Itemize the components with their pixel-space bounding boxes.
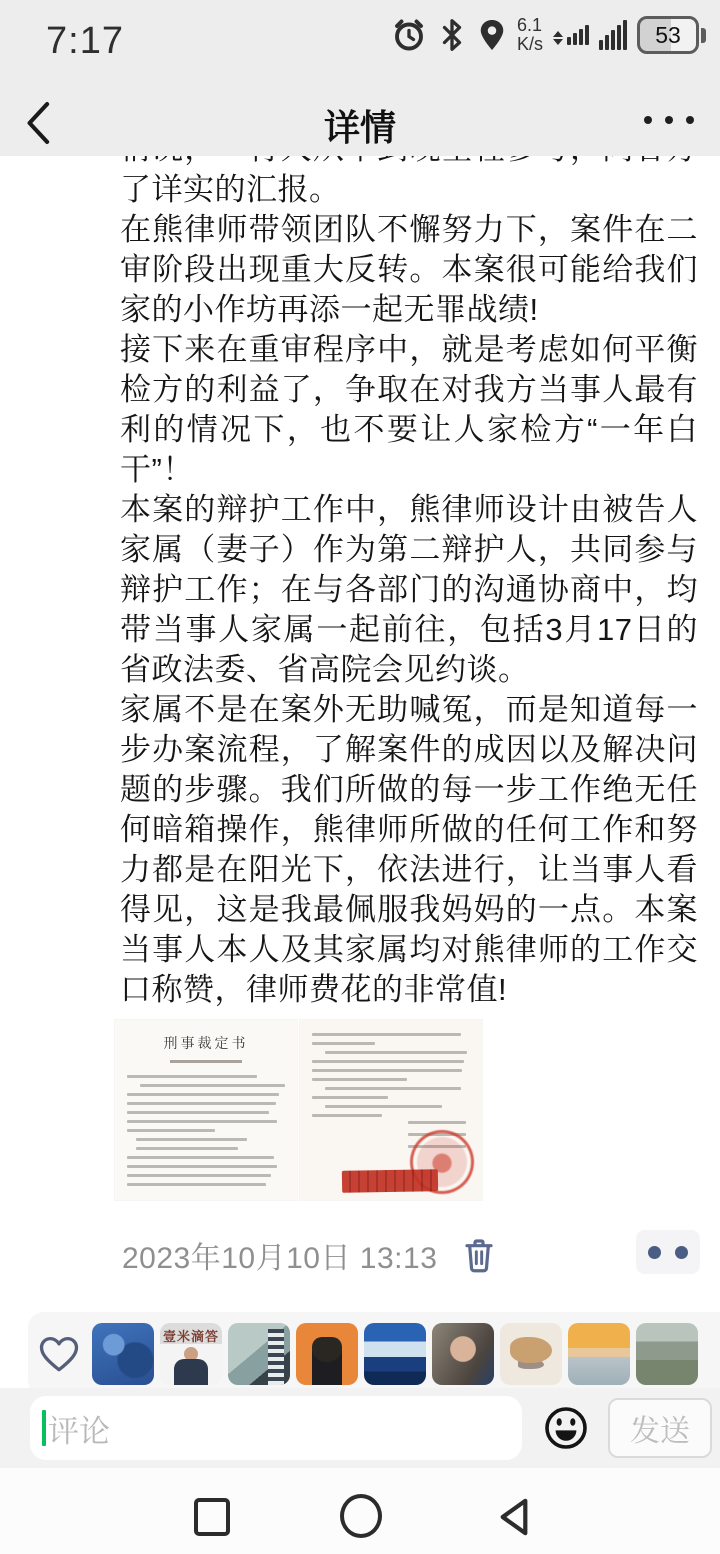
rect-red-stamp [342,1169,438,1193]
recents-button[interactable] [194,1498,230,1536]
text-caret [42,1410,46,1446]
liker-avatars: 壹米滴答 [92,1323,698,1385]
avatar[interactable] [228,1323,290,1385]
comment-input[interactable]: 评论 [30,1396,522,1460]
battery-icon: 53 [637,16,699,54]
signal-bars-icon-sim2 [599,20,627,50]
emoji-button[interactable] [542,1404,590,1452]
comment-bar: 评论 发送 [0,1388,720,1468]
nav-bar: 详情 [0,88,720,156]
avatar[interactable] [364,1323,426,1385]
wechat-moments-detail-screen: { "status_bar": { "time": "7:17", "netwo… [0,0,720,1554]
page-title: 详情 [0,100,720,151]
avatar[interactable] [432,1323,494,1385]
back-nav-button[interactable] [494,1496,534,1538]
document-image-ruling-page2[interactable] [300,1020,482,1200]
post-paragraph: 了详实的汇报。 [120,170,698,210]
avatar-logo-text: 壹米滴答 [160,1326,222,1345]
post-paragraph: 接下来在重审程序中，就是考虑如何平衡检方的利益了，争取在对我方当事人最有利的情况… [120,330,698,490]
post-detail-content: 情况，一行人从早到晚全程参与，向各方作出 了详实的汇报。 在熊律师带领团队不懈努… [0,156,720,1396]
delete-button[interactable] [463,1237,495,1273]
signal-bars-icon-sim1 [553,25,589,45]
avatar[interactable]: 壹米滴答 [160,1323,222,1385]
comment-placeholder: 评论 [48,1406,110,1451]
post-date: 2023年10月10日 13:13 [122,1233,437,1277]
like-comment-button[interactable] [636,1230,700,1274]
post-paragraph: 本案的辩护工作中，熊律师设计由被告人家属（妻子）作为第二辩护人，共同参与辩护工作… [120,490,698,690]
alarm-icon [391,17,427,53]
attachment-images: 刑事裁定书 [115,1020,720,1200]
avatar[interactable] [92,1323,154,1385]
home-button[interactable] [340,1494,382,1538]
heart-outline-icon [38,1334,80,1374]
smiley-icon [542,1404,590,1452]
location-icon [477,17,507,53]
more-options-button[interactable] [644,116,694,124]
document-image-ruling-page1[interactable]: 刑事裁定书 [115,1020,297,1200]
android-nav-bar [0,1468,720,1554]
send-button[interactable]: 发送 [608,1398,712,1458]
avatar[interactable] [500,1323,562,1385]
post-paragraph: 家属不是在案外无助喊冤，而是知道每一步办案流程，了解案件的成因以及解决问题的步骤… [120,690,698,1010]
clipped-text-line: 情况，一行人从早到晚全程参与，向各方作出 [120,156,698,170]
case-number-line [170,1060,242,1063]
likes-panel: 壹米滴答 [28,1312,720,1396]
status-bar: 7:17 6.1 K/s 53 [0,0,720,88]
document-title: 刑事裁定书 [127,1033,285,1053]
post-meta-row: 2023年10月10日 13:13 [122,1234,720,1276]
avatar[interactable] [568,1323,630,1385]
network-speed: 6.1 K/s [517,16,543,54]
clock-time: 7:17 [46,20,124,63]
post-paragraph: 在熊律师带领团队不懈努力下，案件在二审阶段出现重大反转。本案很可能给我们家的小作… [120,210,698,330]
avatar[interactable] [296,1323,358,1385]
post-text: 情况，一行人从早到晚全程参与，向各方作出 了详实的汇报。 在熊律师带领团队不懈努… [120,156,698,1010]
bluetooth-icon [437,17,467,53]
avatar[interactable] [636,1323,698,1385]
